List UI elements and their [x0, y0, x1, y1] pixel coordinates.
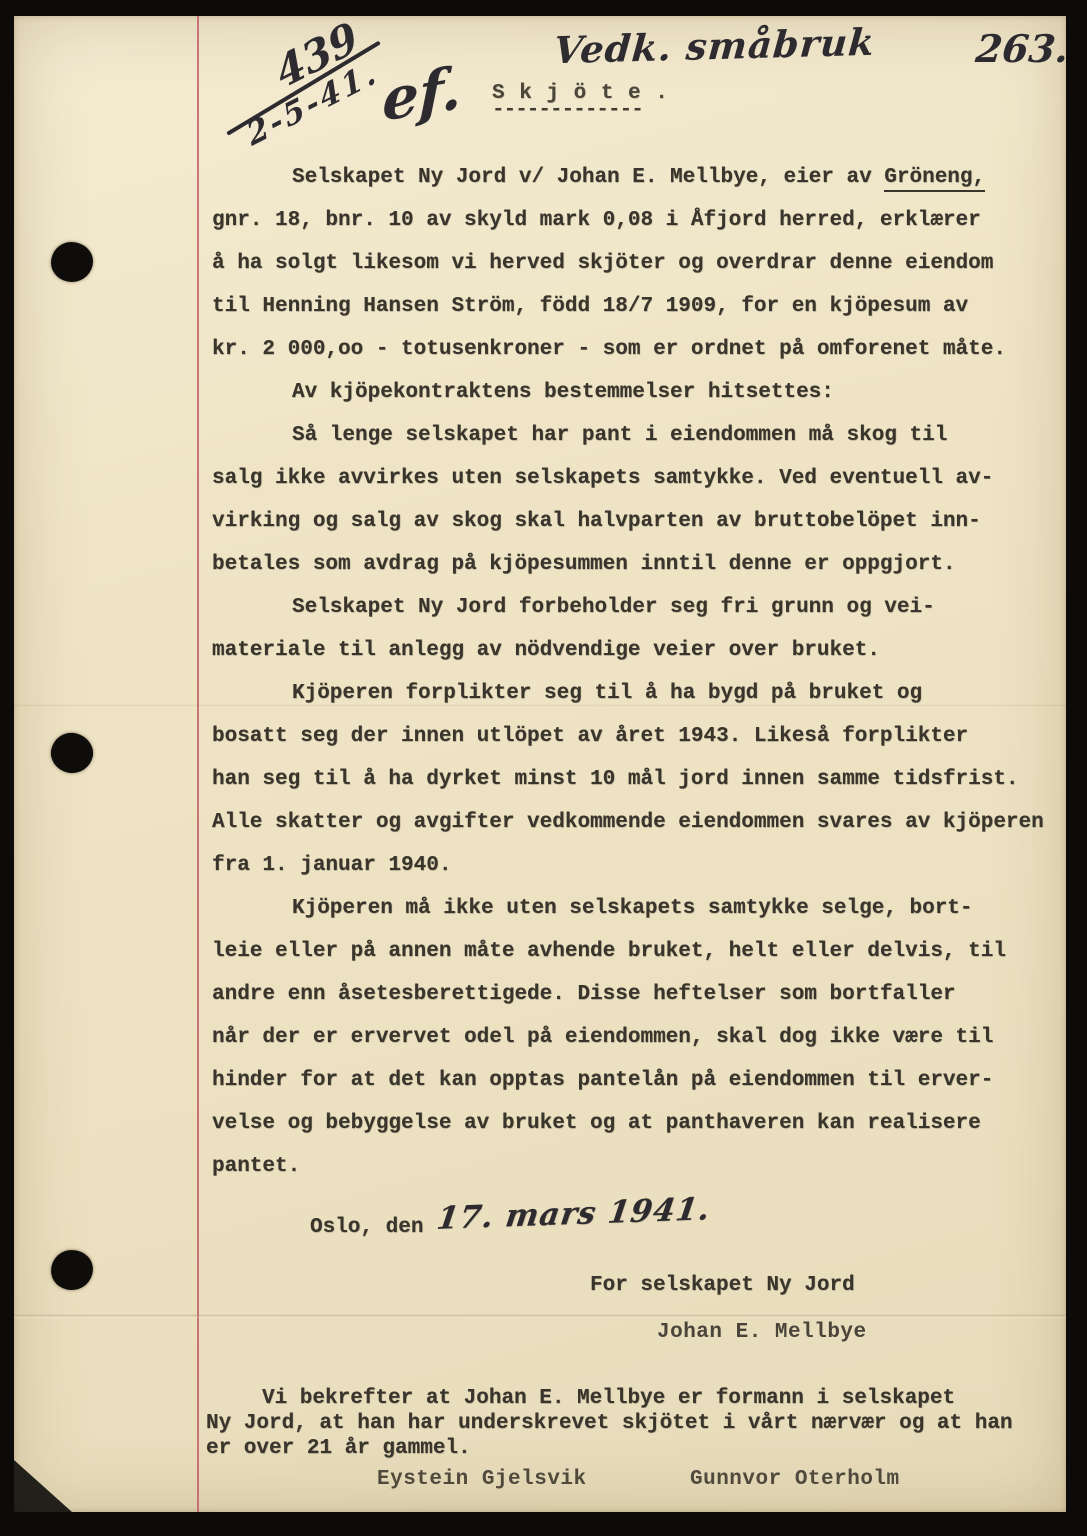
- document-line: leie eller på annen måte avhende bruket,…: [212, 930, 1074, 973]
- punch-hole-bottom: [48, 1247, 95, 1292]
- punch-hole-top: [51, 242, 93, 282]
- paper-crease: [14, 1314, 1066, 1318]
- document-line: virking og salg av skog skal halvparten …: [212, 500, 1074, 543]
- attestation-text: Vi bekrefter at Johan E. Mellbye er form…: [206, 1386, 1076, 1461]
- document-line: Så lenge selskapet har pant i eiendommen…: [212, 414, 1074, 457]
- page-corner-shadow: [14, 1460, 72, 1512]
- underlined-text: Gröneng,: [884, 166, 985, 192]
- document-line: kr. 2 000,oo - totusenkroner - som er or…: [212, 328, 1074, 371]
- page-number: 263.: [974, 26, 1071, 71]
- category-note: Vedk. småbruk: [552, 20, 876, 73]
- document-line: Ny Jord, at han har underskrevet skjötet…: [206, 1411, 1076, 1436]
- document-line: når der er ervervet odel på eiendommen, …: [212, 1016, 1074, 1059]
- document-line: Selskapet Ny Jord forbeholder seg fri gr…: [212, 586, 1074, 629]
- document-line: pantet.: [212, 1145, 1074, 1188]
- document-line: velse og bebyggelse av bruket og at pant…: [212, 1102, 1074, 1145]
- witness-name-1: Eystein Gjelsvik: [377, 1468, 587, 1491]
- journal-entry-annotation: 439 2-5-41.: [218, 8, 405, 154]
- document-line: betales som avdrag på kjöpesummen inntil…: [212, 543, 1074, 586]
- document-line: salg ikke avvirkes uten selskapets samty…: [212, 457, 1074, 500]
- document-line: Selskapet Ny Jord v/ Johan E. Mellbye, e…: [212, 156, 1074, 199]
- margin-line: [197, 16, 199, 1512]
- document-line: andre enn åsetesberettigede. Disse hefte…: [212, 973, 1074, 1016]
- dateline-typed: Oslo, den: [310, 1216, 423, 1239]
- document-line: Kjöperen forplikter seg til å ha bygd på…: [212, 672, 1074, 715]
- witness-name-2: Gunnvor Oterholm: [690, 1468, 900, 1491]
- document-line: å ha solgt likesom vi herved skjöter og …: [212, 242, 1074, 285]
- signature-on-behalf: For selskapet Ny Jord: [590, 1274, 855, 1297]
- document-line: til Henning Hansen Ström, född 18/7 1909…: [212, 285, 1074, 328]
- document-line: fra 1. januar 1940.: [212, 844, 1074, 887]
- document-line: er over 21 år gammel.: [206, 1436, 1076, 1461]
- document-line: materiale til anlegg av nödvendige veier…: [212, 629, 1074, 672]
- document-line: Av kjöpekontraktens bestemmelser hitsett…: [212, 371, 1074, 414]
- ledger-page: 439 2-5-41. ef. Vedk. småbruk 263. S k j…: [14, 16, 1066, 1512]
- document-line: hinder for at det kan opptas pantelån på…: [212, 1059, 1074, 1102]
- dateline: Oslo, den17. mars 1941.: [310, 1204, 711, 1240]
- signature-name: Johan E. Mellbye: [657, 1321, 867, 1344]
- scanned-ledger-background: { "annotations": { "journal_number": "43…: [0, 0, 1087, 1536]
- document-line: Kjöperen må ikke uten selskapets samtykk…: [212, 887, 1074, 930]
- clerk-initials: ef.: [382, 53, 462, 135]
- document-line: Vi bekrefter at Johan E. Mellbye er form…: [206, 1386, 1076, 1411]
- dateline-handwritten-date: 17. mars 1941.: [435, 1191, 713, 1237]
- punch-hole-middle: [47, 729, 96, 777]
- document-line: han seg til å ha dyrket minst 10 mål jor…: [212, 758, 1074, 801]
- document-line: gnr. 18, bnr. 10 av skyld mark 0,08 i Åf…: [212, 199, 1074, 242]
- document-heading: S k j ö t e . -------------: [492, 82, 669, 122]
- heading-underline: -------------: [492, 99, 669, 122]
- deed-body-text: Selskapet Ny Jord v/ Johan E. Mellbye, e…: [212, 156, 1074, 1188]
- document-line: bosatt seg der innen utlöpet av året 194…: [212, 715, 1074, 758]
- document-line: Alle skatter og avgifter vedkommende eie…: [212, 801, 1074, 844]
